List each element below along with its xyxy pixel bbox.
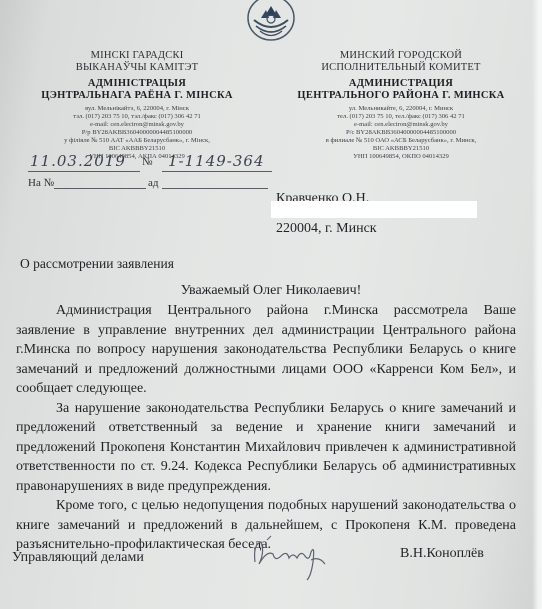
org-name-line2: ИСПОЛНИТЕЛЬНЫЙ КОМИТЕТ bbox=[290, 62, 512, 74]
number-label: № bbox=[142, 156, 153, 168]
bank-account: Р/р BY28AKBB36040000004485100000 bbox=[22, 129, 252, 137]
admin-name-line1: АДМІНІСТРАЦЫЯ bbox=[22, 78, 252, 90]
number-underline bbox=[162, 171, 272, 172]
reply-from-underline bbox=[162, 188, 268, 189]
letter-body: Администрация Центрального района г.Минс… bbox=[16, 301, 516, 555]
address: вул. Мельнікайтэ, 6, 220004, г. Мінск bbox=[22, 105, 252, 113]
letter-subject: О рассмотрении заявления bbox=[20, 256, 174, 272]
registration-number: 1-1149-364 bbox=[168, 152, 264, 170]
registration-date: 11.03.2019 bbox=[30, 152, 126, 170]
registration-line: 11.03.2019 № 1-1149-364 bbox=[28, 152, 278, 174]
addressee-city: 220004, г. Минск bbox=[276, 221, 377, 237]
org-name-line1: МИНСКИЙ ГОРОДСКОЙ bbox=[290, 50, 512, 62]
bic: BIC AKBBBY21510 bbox=[290, 145, 512, 153]
page-edge bbox=[532, 0, 542, 609]
header-belarusian: МІНСКІ ГАРАДСКІ ВЫКАНАЎЧЫ КАМІТЭТ АДМІНІ… bbox=[22, 50, 252, 161]
signatory-title: Управляющий делами bbox=[12, 550, 144, 566]
reply-reference-line: На № ад bbox=[28, 177, 268, 193]
paragraph: Администрация Центрального района г.Минс… bbox=[16, 301, 516, 399]
email: e-mail: cen.electron@minsk.gov.by bbox=[290, 121, 512, 129]
admin-name-line2: ЦЕНТРАЛЬНОГО РАЙОНА Г. МИНСКА bbox=[290, 90, 512, 102]
bank-account: Р/с BY28AKBB36040000004485100000 bbox=[290, 129, 512, 137]
admin-name-line1: АДМИНИСТРАЦИЯ bbox=[290, 78, 512, 90]
state-emblem-icon bbox=[246, 0, 296, 42]
letter-page: МІНСКІ ГАРАДСКІ ВЫКАНАЎЧЫ КАМІТЭТ АДМІНІ… bbox=[0, 0, 542, 609]
org-name-line1: МІНСКІ ГАРАДСКІ bbox=[22, 50, 252, 62]
bank-branch: в филиале № 510 ОАО «АСБ Беларусбанк», г… bbox=[290, 137, 512, 145]
tax-id: УНП 100649854, ОКПО 04014329 bbox=[290, 153, 512, 161]
admin-name-line2: ЦЭНТРАЛЬНАГА РАЁНА Г. МІНСКА bbox=[22, 90, 252, 102]
phone: тел. (017) 203 75 10, тел./факс (017) 30… bbox=[290, 113, 512, 121]
reply-to-underline bbox=[54, 188, 146, 189]
handwritten-signature-icon bbox=[245, 532, 335, 582]
address: ул. Мельникайте, 6, 220004, г. Минск bbox=[290, 105, 512, 113]
date-underline bbox=[28, 171, 140, 172]
redacted-address bbox=[271, 201, 477, 218]
paragraph: За нарушение законодательства Республики… bbox=[16, 399, 516, 497]
signatory-name: В.Н.Коноплёв bbox=[400, 546, 484, 562]
bank-branch: у філіяле № 510 ААТ «ААБ Беларусбанк», г… bbox=[22, 137, 252, 145]
phone: тэл. (017) 203 75 10, тэл./факс (017) 30… bbox=[22, 113, 252, 121]
salutation: Уважаемый Олег Николаевич! bbox=[0, 283, 542, 299]
email: e-mail: cen.electron@minsk.gov.by bbox=[22, 121, 252, 129]
reply-to-label: На № bbox=[28, 177, 54, 189]
org-name-line2: ВЫКАНАЎЧЫ КАМІТЭТ bbox=[22, 62, 252, 74]
header-russian: МИНСКИЙ ГОРОДСКОЙ ИСПОЛНИТЕЛЬНЫЙ КОМИТЕТ… bbox=[290, 50, 512, 161]
contact-details: ул. Мельникайте, 6, 220004, г. Минск тел… bbox=[290, 105, 512, 160]
reply-from-label: ад bbox=[148, 177, 158, 189]
